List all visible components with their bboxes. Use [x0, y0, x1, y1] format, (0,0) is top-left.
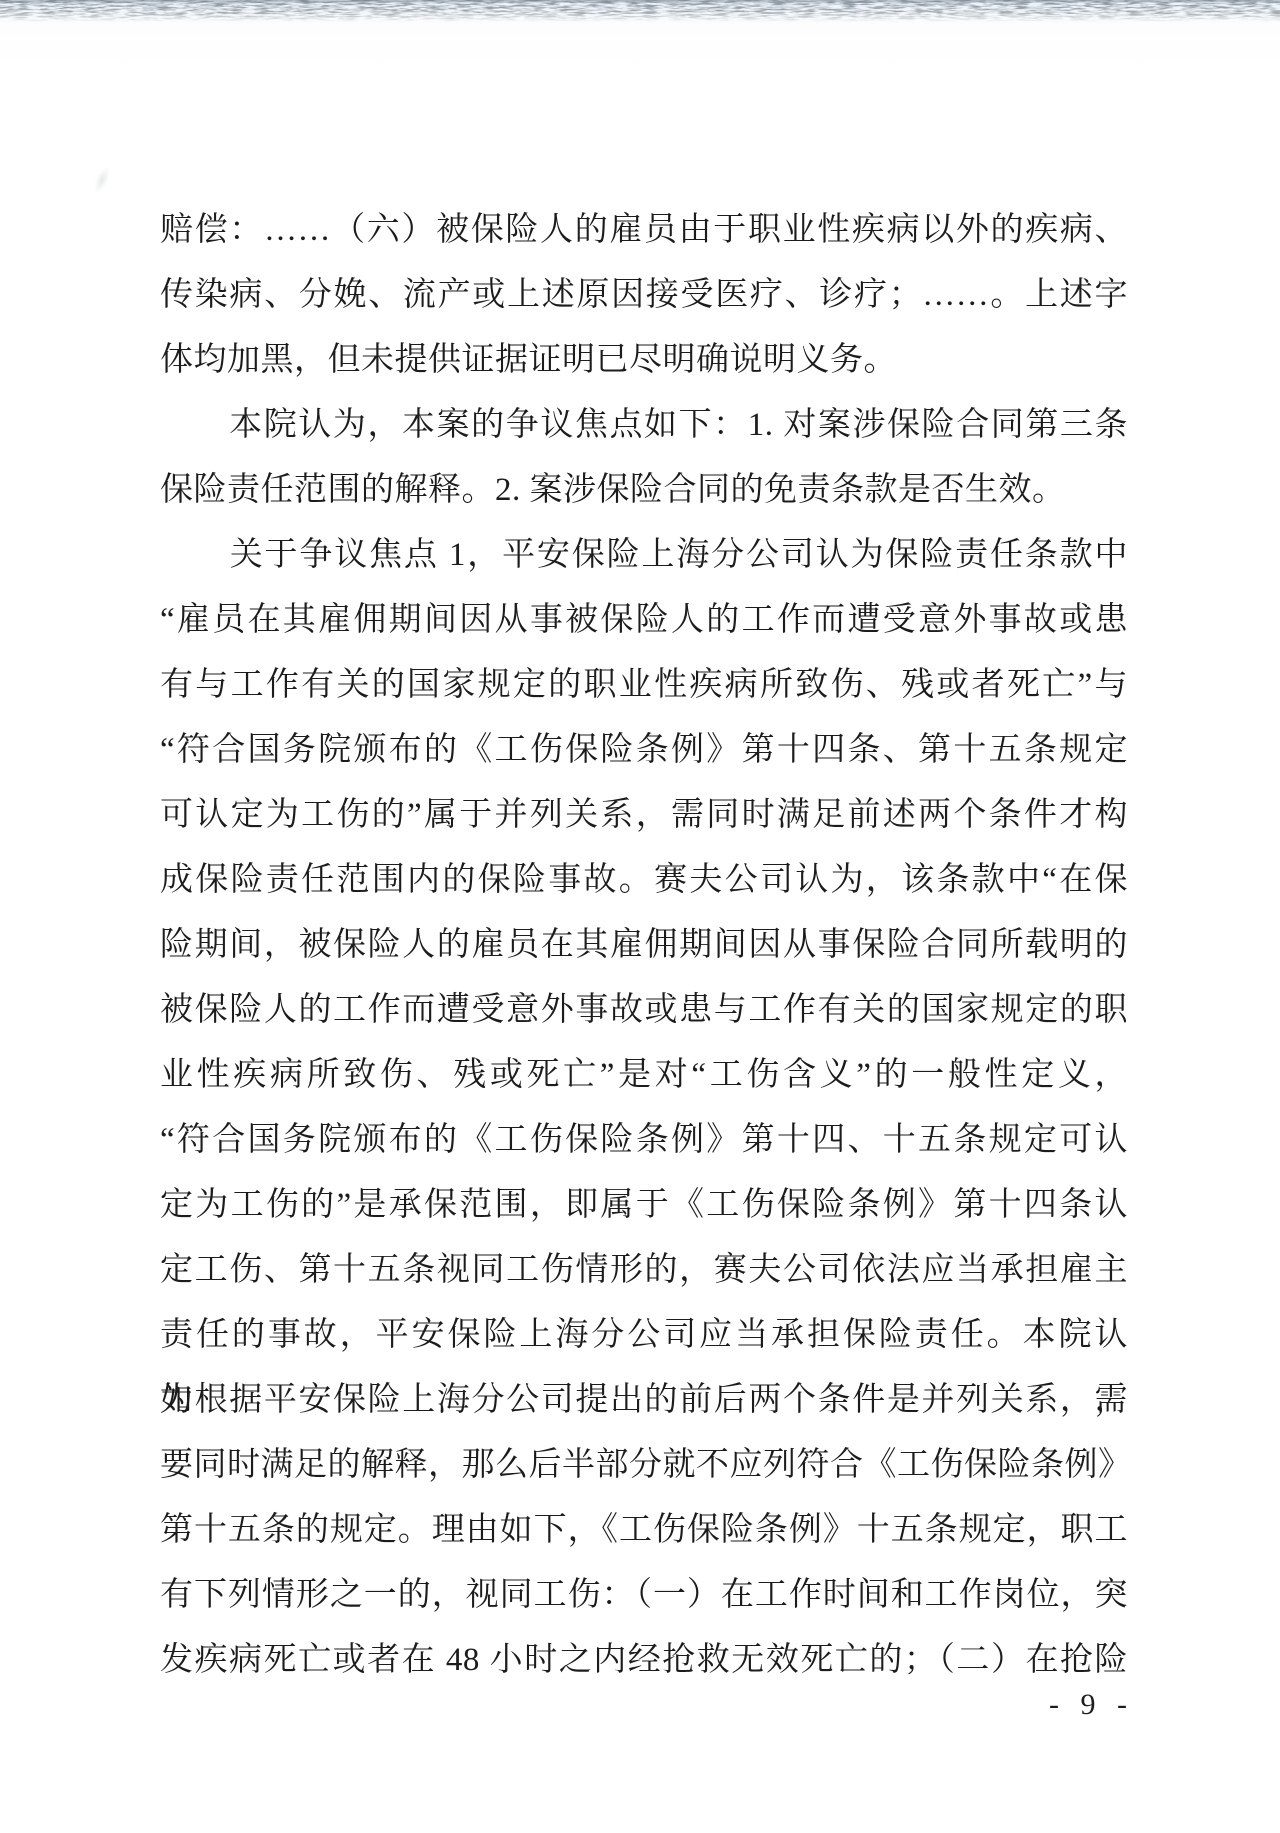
scan-edge-artifact [0, 0, 1280, 22]
text-line: 如根据平安保险上海分公司提出的前后两个条件是并列关系，需 [160, 1368, 1128, 1433]
text-line: 本院认为，本案的争议焦点如下：1. 对案涉保险合同第三条 [160, 393, 1128, 458]
text-line: 发疾病死亡或者在 48 小时之内经抢救无效死亡的；（二）在抢险 [160, 1628, 1128, 1693]
text-line: 关于争议焦点 1，平安保险上海分公司认为保险责任条款中 [160, 523, 1128, 588]
text-line: 定工伤、第十五条视同工伤情形的，赛夫公司依法应当承担雇主 [160, 1238, 1128, 1303]
text-line: 传染病、分娩、流产或上述原因接受医疗、诊疗；……。上述字 [160, 263, 1128, 328]
text-line: 被保险人的工作而遭受意外事故或患与工作有关的国家规定的职 [160, 978, 1128, 1043]
text-line: “符合国务院颁布的《工伤保险条例》第十四、十五条规定可认 [160, 1108, 1128, 1173]
scan-smudge [91, 165, 114, 195]
text-line: 业性疾病所致伤、残或死亡”是对“工伤含义”的一般性定义， [160, 1043, 1128, 1108]
document-page: 赔偿：……（六）被保险人的雇员由于职业性疾病以外的疾病、 传染病、分娩、流产或上… [0, 0, 1280, 1833]
page-number: - 9 - [1049, 1690, 1134, 1720]
text-line: 有与工作有关的国家规定的职业性疾病所致伤、残或者死亡”与 [160, 653, 1128, 718]
text-line: “符合国务院颁布的《工伤保险条例》第十四条、第十五条规定 [160, 718, 1128, 783]
text-line: 责任的事故，平安保险上海分公司应当承担保险责任。本院认为， [160, 1303, 1128, 1368]
judgment-text-block: 赔偿：……（六）被保险人的雇员由于职业性疾病以外的疾病、 传染病、分娩、流产或上… [160, 198, 1128, 1693]
text-line: “雇员在其雇佣期间因从事被保险人的工作而遭受意外事故或患 [160, 588, 1128, 653]
text-line: 要同时满足的解释，那么后半部分就不应列符合《工伤保险条例》 [160, 1433, 1128, 1498]
text-line: 定为工伤的”是承保范围，即属于《工伤保险条例》第十四条认 [160, 1173, 1128, 1238]
text-line: 有下列情形之一的，视同工伤：（一）在工作时间和工作岗位，突 [160, 1563, 1128, 1628]
text-line: 第十五条的规定。理由如下，《工伤保险条例》十五条规定，职工 [160, 1498, 1128, 1563]
text-line: 成保险责任范围内的保险事故。赛夫公司认为，该条款中“在保 [160, 848, 1128, 913]
text-line: 赔偿：……（六）被保险人的雇员由于职业性疾病以外的疾病、 [160, 198, 1128, 263]
text-line: 险期间，被保险人的雇员在其雇佣期间因从事保险合同所载明的 [160, 913, 1128, 978]
text-line: 可认定为工伤的”属于并列关系，需同时满足前述两个条件才构 [160, 783, 1128, 848]
text-line: 体均加黑，但未提供证据证明已尽明确说明义务。 [160, 328, 1128, 393]
text-line: 保险责任范围的解释。2. 案涉保险合同的免责条款是否生效。 [160, 458, 1128, 523]
